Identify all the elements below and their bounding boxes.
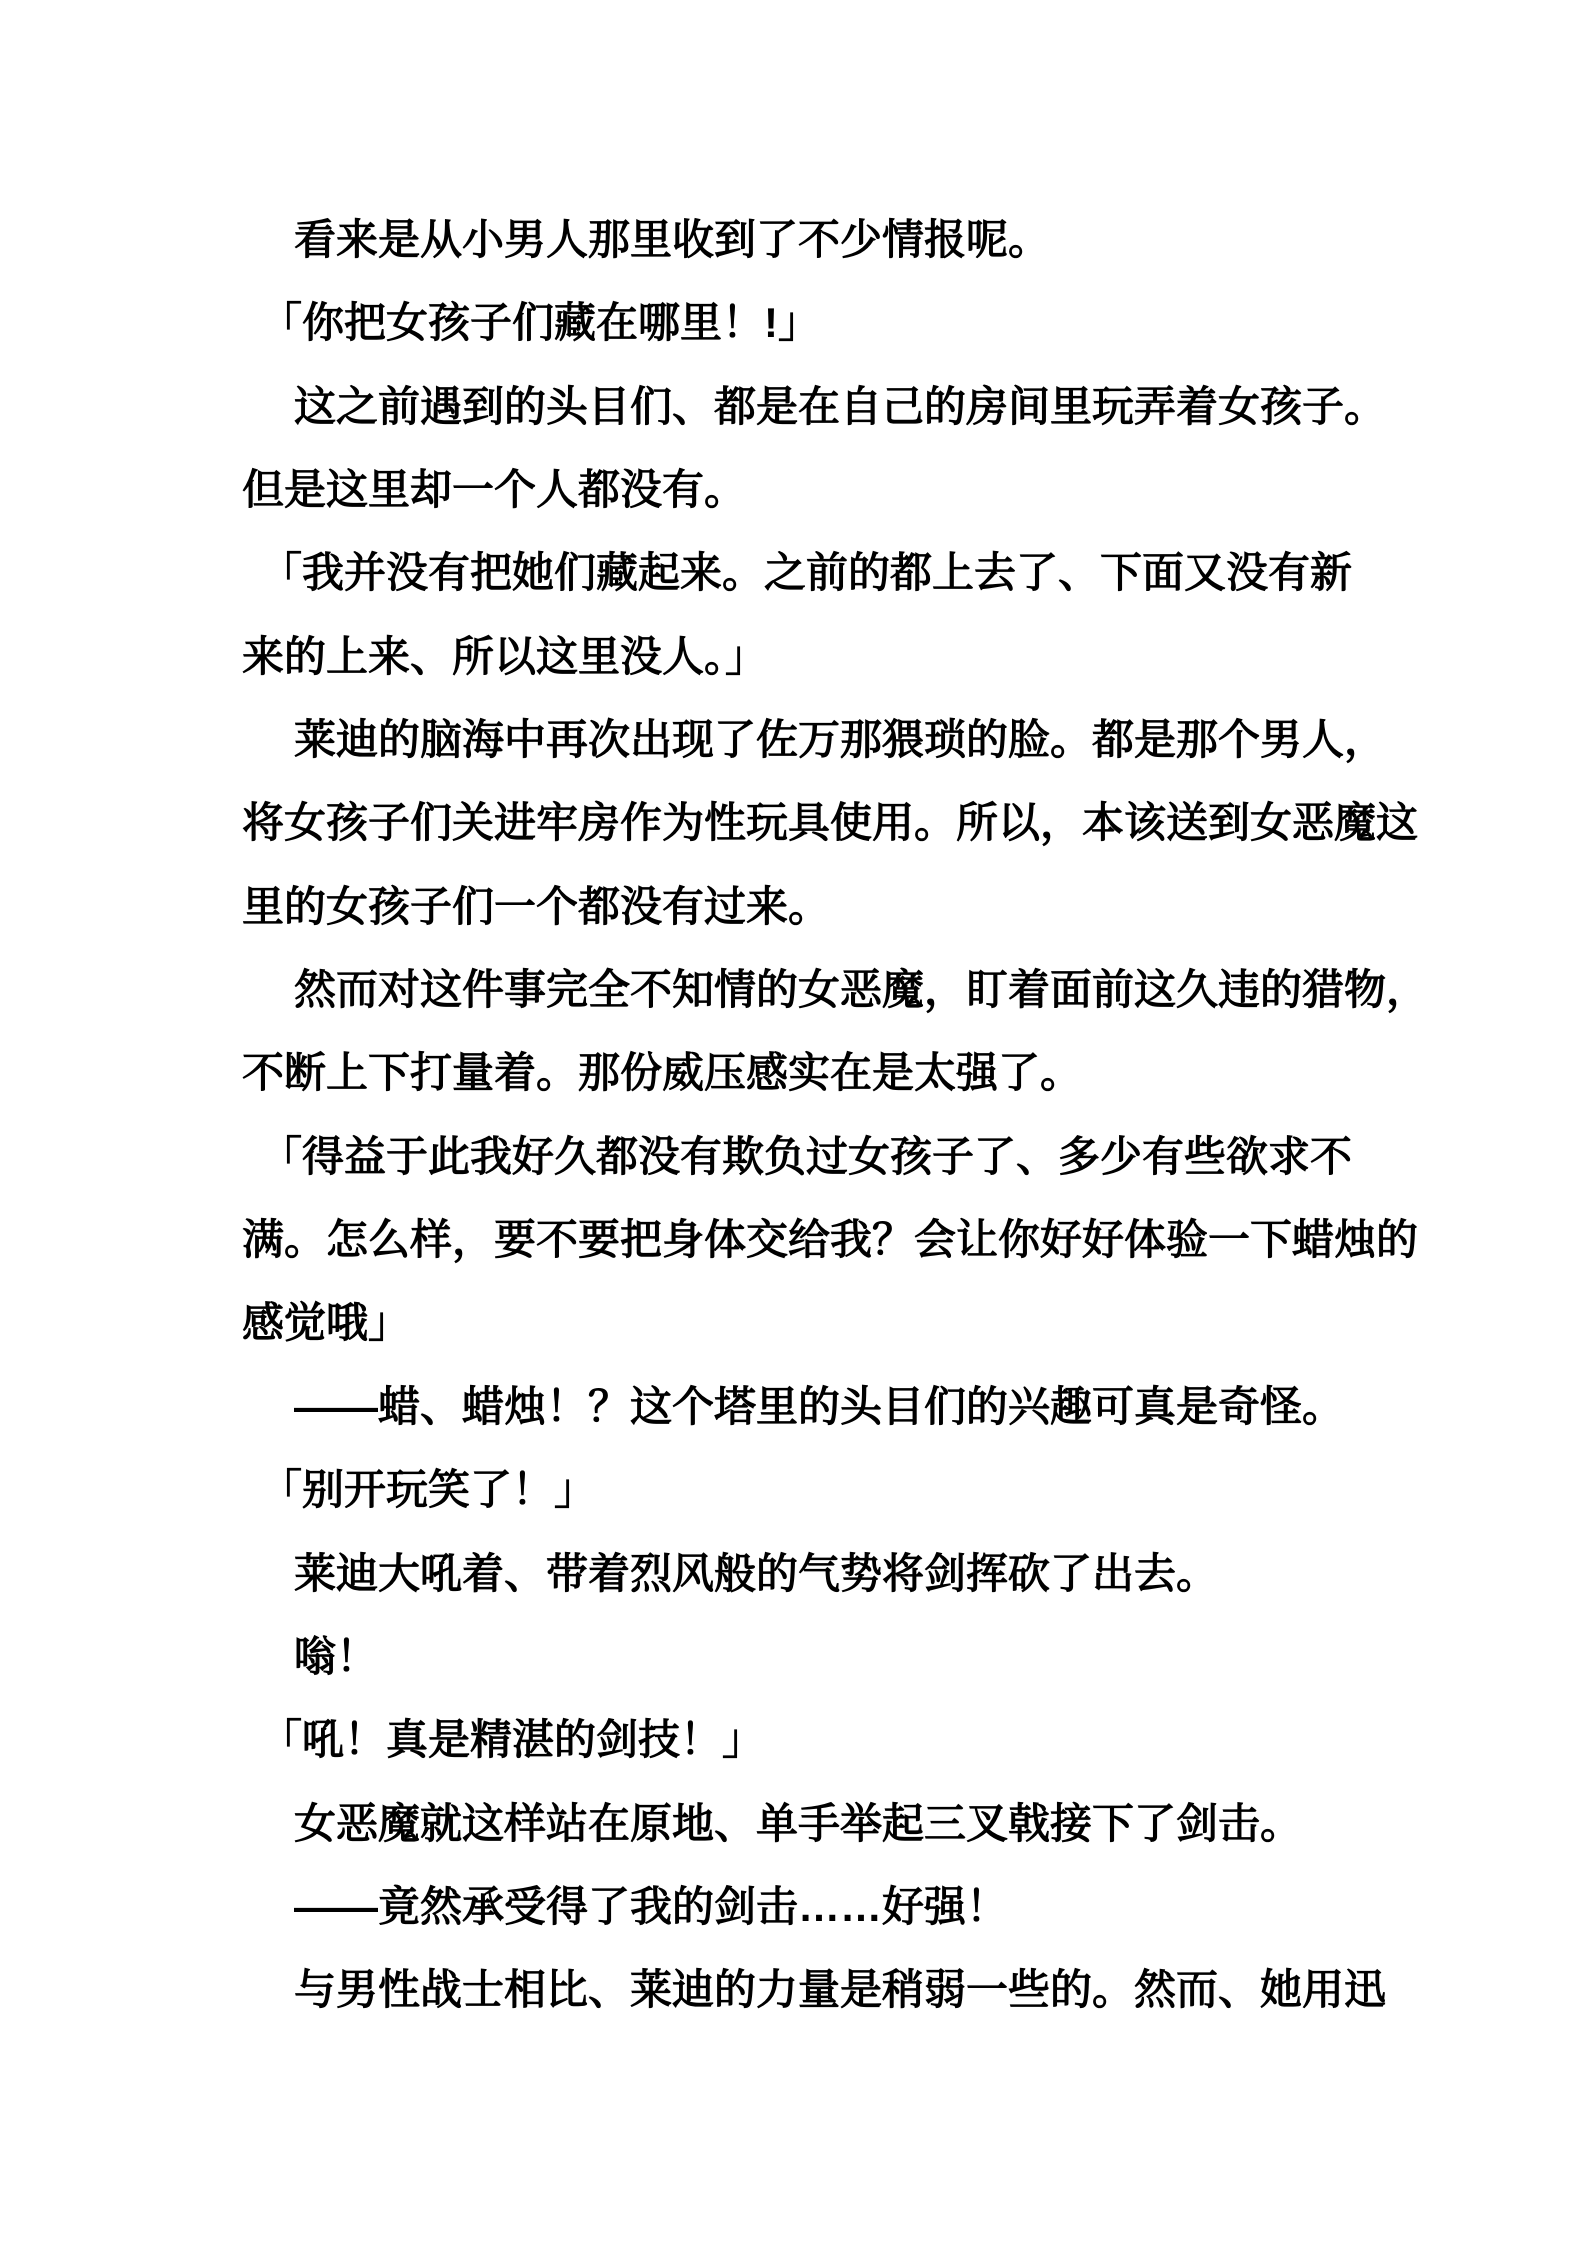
- text-line: 不断上下打量着。那份威压感实在是太强了。: [242, 1031, 1422, 1114]
- text-line: 来的上来、所以这里没人。」: [242, 615, 1422, 698]
- text-line: 「我并没有把她们藏起来。之前的都上去了、下面又没有新: [242, 531, 1422, 614]
- text-line: 里的女孩子们一个都没有过来。: [242, 865, 1422, 948]
- text-line: 满。怎么样，要不要把身体交给我？会让你好好体验一下蜡烛的: [242, 1198, 1422, 1281]
- text-line: ——竟然承受得了我的剑击……好强！: [242, 1865, 1422, 1948]
- text-line: 「吼！真是精湛的剑技！」: [242, 1698, 1422, 1781]
- text-line: 与男性战士相比、莱迪的力量是稍弱一些的。然而、她用迅: [242, 1948, 1422, 2031]
- text-line: 莱迪大吼着、带着烈风般的气势将剑挥砍了出去。: [242, 1532, 1422, 1615]
- text-line: 女恶魔就这样站在原地、单手举起三叉戟接下了剑击。: [242, 1782, 1422, 1865]
- document-page: 看来是从小男人那里收到了不少情报呢。「你把女孩子们藏在哪里！!」这之前遇到的头目…: [0, 0, 1587, 2245]
- text-line: 这之前遇到的头目们、都是在自己的房间里玩弄着女孩子。: [242, 365, 1422, 448]
- text-line: 将女孩子们关进牢房作为性玩具使用。所以，本该送到女恶魔这: [242, 781, 1422, 864]
- text-line: 莱迪的脑海中再次出现了佐万那猥琐的脸。都是那个男人，: [242, 698, 1422, 781]
- text-line: 「你把女孩子们藏在哪里！!」: [242, 281, 1422, 364]
- text-line: ——蜡、蜡烛！？这个塔里的头目们的兴趣可真是奇怪。: [242, 1365, 1422, 1448]
- text-line: 「别开玩笑了！」: [242, 1448, 1422, 1531]
- text-line: 然而对这件事完全不知情的女恶魔，盯着面前这久违的猎物，: [242, 948, 1422, 1031]
- text-line: 「得益于此我好久都没有欺负过女孩子了、多少有些欲求不: [242, 1115, 1422, 1198]
- text-line: 看来是从小男人那里收到了不少情报呢。: [242, 198, 1422, 281]
- text-line: 但是这里却一个人都没有。: [242, 448, 1422, 531]
- body-text: 看来是从小男人那里收到了不少情报呢。「你把女孩子们藏在哪里！!」这之前遇到的头目…: [242, 198, 1422, 2032]
- text-line: 感觉哦」: [242, 1281, 1422, 1364]
- text-line: 嗡！: [242, 1615, 1422, 1698]
